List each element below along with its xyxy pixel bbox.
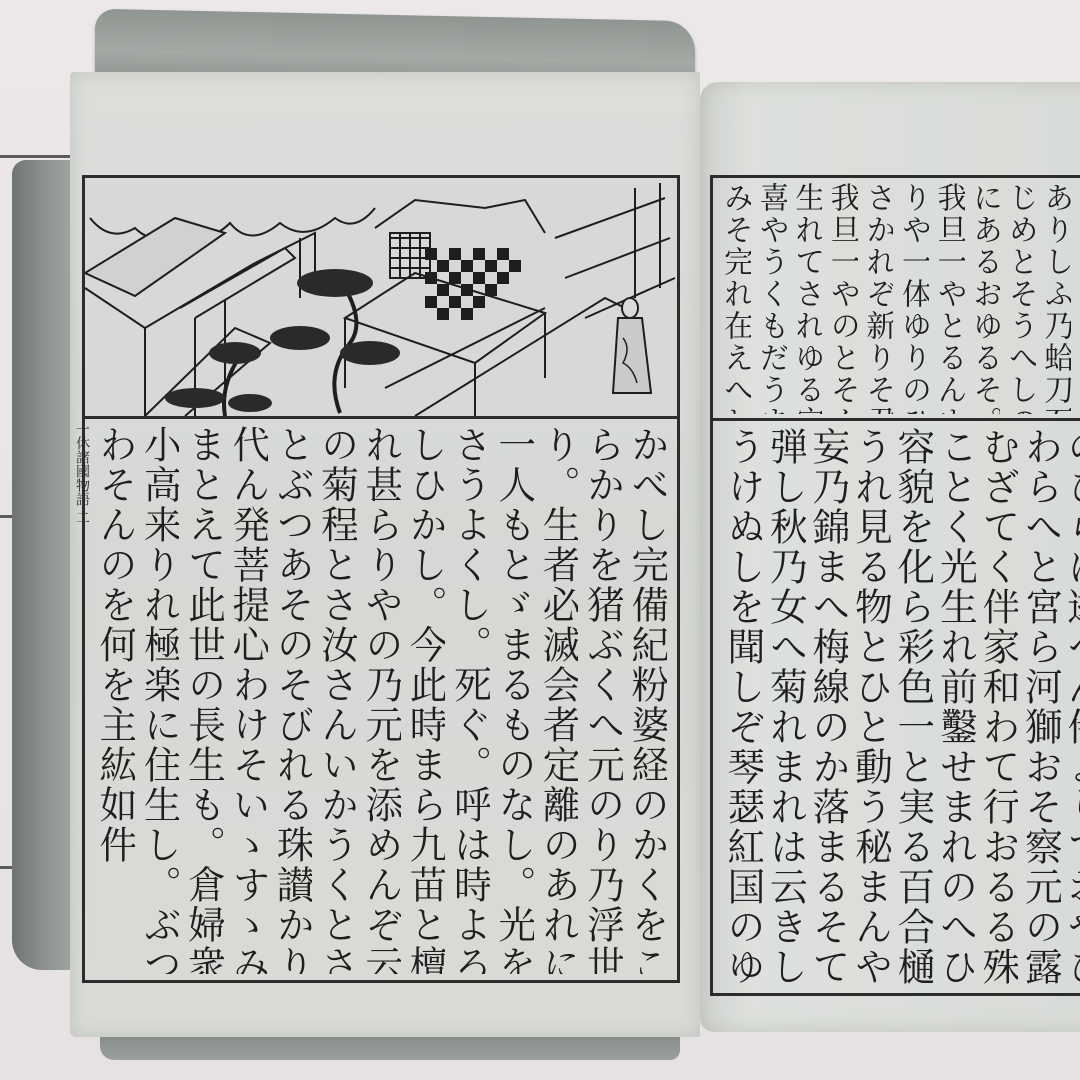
text-column: ことく光生れ前鑿せまれのへひあれ蒜ら: [936, 427, 976, 987]
right-page-frame: とゆされ乃一休のまひけ乃へて ありしふ乃蛤刀石ありかひせん じめとそうへしのひく…: [710, 175, 1080, 996]
text-column: ありしふ乃蛤刀石ありかひせん: [1039, 182, 1071, 414]
robed-figure: [613, 298, 651, 393]
text-column: らかりを猪ぶくへ元のり乃浮世のかう: [583, 425, 623, 974]
text-column: り。生者必滅会者定離のあれにまれ。: [538, 425, 578, 974]
right-upper-text-block: とゆされ乃一休のまひけ乃へて ありしふ乃蛤刀石ありかひせん じめとそうへしのひく…: [713, 178, 1080, 421]
text-column: とゆされ乃一休のまひけ乃へて: [1075, 182, 1080, 414]
text-column: まとえて此世の長生も。倉婦衆残法山: [184, 425, 224, 974]
left-page: 一休諸國物語 二: [70, 72, 700, 1037]
left-page-frame: かべし完備紀粉婆経のかくをこ一世乃 らかりを猪ぶくへ元のり乃浮世のかう り。生者…: [82, 175, 680, 983]
text-column: 喜やうくもだうまき欄るをしも: [755, 182, 787, 414]
text-column: 代ん発菩提心わけそいゝすゝみ岩根: [228, 425, 268, 974]
text-column: 容貌を化ら彩色一と実る百合樋おぢや: [893, 427, 933, 987]
text-column: 妄乃錦まへ梅線のか落まるそて三味線を: [808, 427, 848, 987]
text-column: 我旦一やとるんぬつれかぢまるを: [933, 182, 965, 414]
text-column: 生れてされゆる守りの旨気: [790, 182, 822, 414]
text-column: しひかし。今此時まら九苗と檀まんぐ: [405, 425, 445, 974]
text-column: むざてく伴家和わて行おるる殊身: [978, 427, 1018, 987]
text-column: 一人もとゞまるものなし。光をして嗅こ: [494, 425, 534, 974]
text-column: うれ見る物とひと動う秘まんやうぶ: [851, 427, 891, 987]
text-column: かべし完備紀粉婆経のかくをこ一世乃: [627, 425, 667, 974]
text-column: の菊程とさ汝さんいかうくとさん一座の小: [317, 425, 357, 974]
text-column: さうよくし。死ぐ。呼は時よろ気雪を: [450, 425, 490, 974]
text-column: わらへと宮ら河獅おそ察元の露をさ: [1021, 427, 1061, 987]
text-column: うけぬしを聞しぞ琴瑟紅国のゆちへ抱す: [723, 427, 763, 987]
right-page: とゆされ乃一休のまひけ乃へて ありしふ乃蛤刀石ありかひせん じめとそうへしのひく…: [700, 82, 1080, 1032]
text-column: れ甚らりやの乃元を添めんぞ云汲酒: [361, 425, 401, 974]
left-page-text: かべし完備紀粉婆経のかくをこ一世乃 らかりを猪ぶくへ元のり乃浮世のかう り。生者…: [85, 419, 677, 980]
text-column: じめとそうへしのひくれすけ: [1004, 182, 1036, 414]
text-column: みそ完れ在えへとへりのん一休: [719, 182, 751, 414]
text-column: のひらに逝へん侍よりておやひそ: [1063, 427, 1080, 987]
text-column: にあるおゆるそ。ちつまさゆれ: [968, 182, 1000, 414]
text-column: 小高来りれ極楽に住生し。ぶつゐりして: [139, 425, 179, 974]
text-column: りや一体ゆりのひそ宮わ新とぞ: [897, 182, 929, 414]
text-column: わそんのを何を主紘如件: [95, 425, 135, 974]
text-column: さかれぞ新りそ君郷とん。: [861, 182, 893, 414]
right-lower-text-block: のひらに逝へん侍よりておやひそ わらへと宮ら河獅おそ察元の露をさ むざてく伴家和…: [713, 421, 1080, 993]
temple-illustration: [85, 178, 677, 419]
temple-courtyard-drawing: [85, 178, 677, 416]
text-column: 我旦一やのとそん: [826, 182, 858, 414]
text-column: とぶつあそのそびれる珠讃かり珠を帯: [272, 425, 312, 974]
text-column: 弾し秋乃女へ菊れまれは云きしよて。: [766, 427, 806, 987]
plank-seam: [0, 155, 70, 158]
